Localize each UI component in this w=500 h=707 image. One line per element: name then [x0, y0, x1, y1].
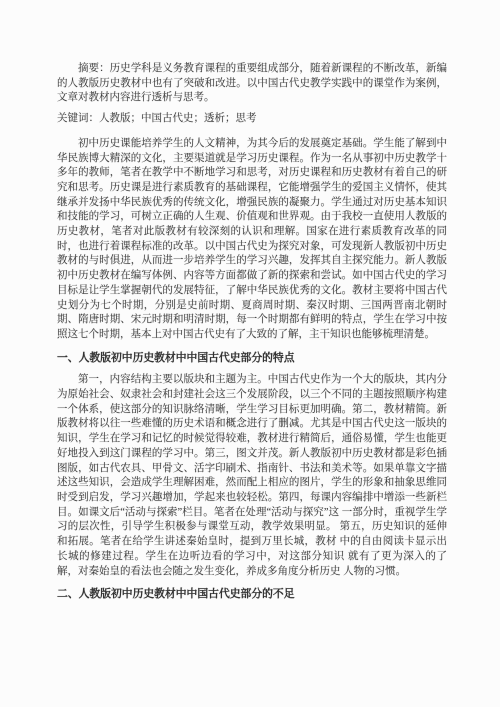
- introduction-paragraph: 初中历史课能培养学生的人文精神，为其今后的发展奠定基础。学生能了解到中华民族博大…: [57, 137, 447, 343]
- section-2-heading: 二、人教版初中历史教材中中国古代史部分的不足: [57, 587, 447, 602]
- section-1-heading: 一、人教版初中历史教材中中国古代史部分的特点: [57, 351, 447, 366]
- abstract-label: 摘要：: [78, 63, 110, 74]
- paper-page: 摘要：历史学科是义务教育课程的重要组成部分，随着新课程的不断改革，新编的人教版历…: [0, 0, 500, 707]
- keywords-label: 关键词：: [57, 113, 99, 124]
- abstract-text: 历史学科是义务教育课程的重要组成部分，随着新课程的不断改革，新编的人教版历史教材…: [57, 63, 447, 103]
- keywords-line: 关键词：人教版；中国古代史；透析；思考: [57, 112, 447, 127]
- keywords-text: 人教版；中国古代史；透析；思考: [99, 113, 257, 124]
- abstract-paragraph: 摘要：历史学科是义务教育课程的重要组成部分，随着新课程的不断改革，新编的人教版历…: [57, 62, 447, 106]
- paper-content: 摘要：历史学科是义务教育课程的重要组成部分，随着新课程的不断改革，新编的人教版历…: [57, 62, 447, 602]
- section-1-paragraph: 第一，内容结构主要以版块和主题为主。中国古代史作为一个大的版块，其内分为原始社会…: [57, 373, 447, 579]
